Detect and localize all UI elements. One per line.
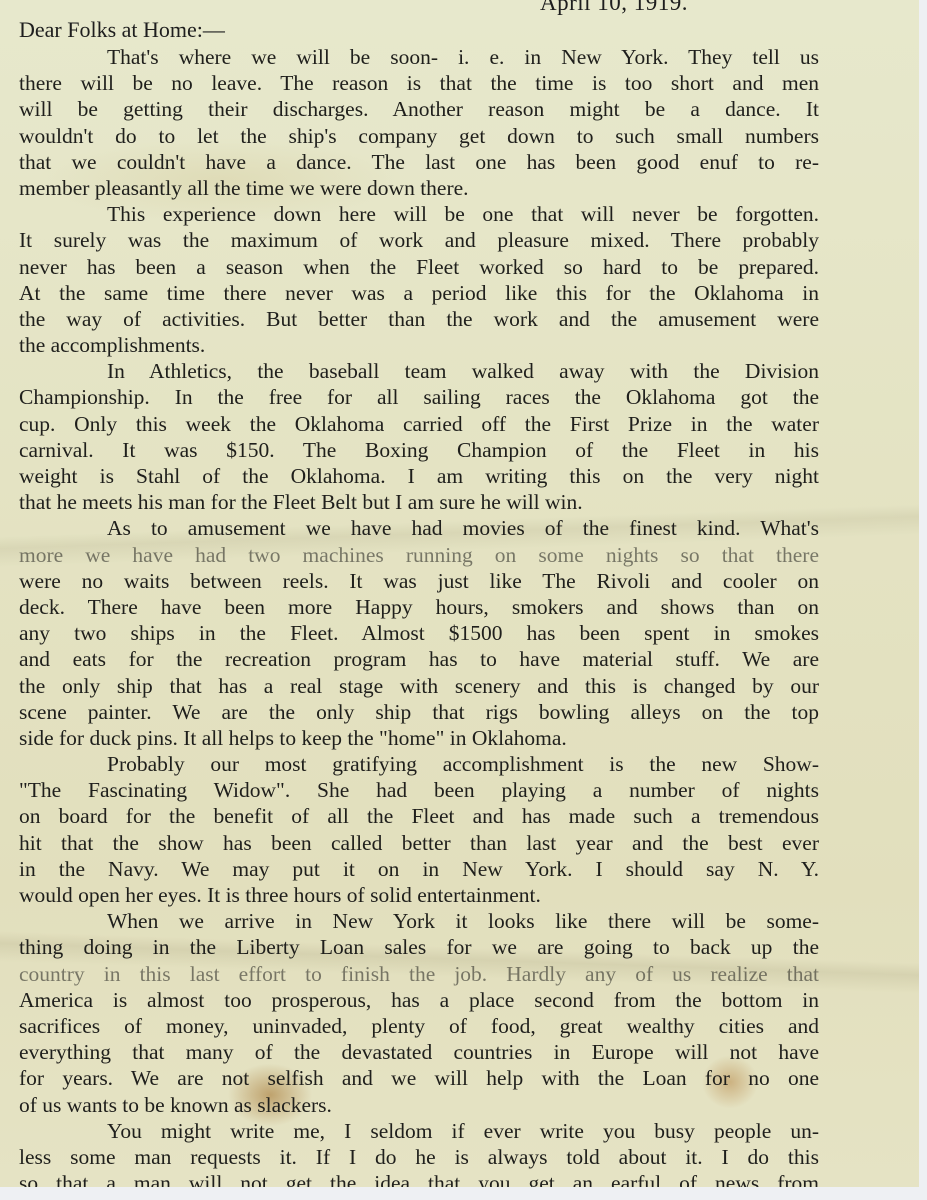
- text-line: there will be no leave. The reason is th…: [19, 70, 819, 96]
- text-line: cup. Only this week the Oklahoma carried…: [19, 411, 819, 437]
- text-line: never has been a season when the Fleet w…: [19, 254, 819, 280]
- letter-page: April 10, 1919. Dear Folks at Home:— Tha…: [0, 0, 919, 1187]
- text-line: would open her eyes. It is three hours o…: [19, 882, 819, 908]
- text-line: At the same time there never was a perio…: [19, 280, 819, 306]
- text-line: In Athletics, the baseball team walked a…: [19, 358, 819, 384]
- text-line: deck. There have been more Happy hours, …: [19, 594, 819, 620]
- text-line: the way of activities. But better than t…: [19, 306, 819, 332]
- text-line: side for duck pins. It all helps to keep…: [19, 725, 819, 751]
- text-line: in the Navy. We may put it on in New Yor…: [19, 856, 819, 882]
- paragraph: As to amusement we have had movies of th…: [19, 515, 819, 751]
- text-line: You might write me, I seldom if ever wri…: [19, 1118, 819, 1144]
- text-line: country in this last effort to finish th…: [19, 961, 819, 987]
- text-line: carnival. It was $150. The Boxing Champi…: [19, 437, 819, 463]
- text-line: will be getting their discharges. Anothe…: [19, 96, 819, 122]
- text-line: of us wants to be known as slackers.: [19, 1092, 819, 1118]
- text-line: the only ship that has a real stage with…: [19, 673, 819, 699]
- paragraph: In Athletics, the baseball team walked a…: [19, 358, 819, 515]
- text-line: were no waits between reels. It was just…: [19, 568, 819, 594]
- text-line: that we couldn't have a dance. The last …: [19, 149, 819, 175]
- text-line: everything that many of the devastated c…: [19, 1039, 819, 1065]
- paragraph: Probably our most gratifying accomplishm…: [19, 751, 819, 908]
- text-line: member pleasantly all the time we were d…: [19, 175, 819, 201]
- letter-body: That's where we will be soon- i. e. in N…: [19, 44, 819, 1187]
- text-line: weight is Stahl of the Oklahoma. I am wr…: [19, 463, 819, 489]
- text-line: on board for the benefit of all the Flee…: [19, 803, 819, 829]
- text-line: sacrifices of money, uninvaded, plenty o…: [19, 1013, 819, 1039]
- paragraph: When we arrive in New York it looks like…: [19, 908, 819, 1118]
- paragraph: You might write me, I seldom if ever wri…: [19, 1118, 819, 1187]
- text-line: As to amusement we have had movies of th…: [19, 515, 819, 541]
- text-line: scene painter. We are the only ship that…: [19, 699, 819, 725]
- text-line: that he meets his man for the Fleet Belt…: [19, 489, 819, 515]
- text-line: When we arrive in New York it looks like…: [19, 908, 819, 934]
- text-line: hit that the show has been called better…: [19, 830, 819, 856]
- text-line: It surely was the maximum of work and pl…: [19, 227, 819, 253]
- text-line: for years. We are not selfish and we wil…: [19, 1065, 819, 1091]
- text-line: wouldn't do to let the ship's company ge…: [19, 123, 819, 149]
- text-line: Probably our most gratifying accomplishm…: [19, 751, 819, 777]
- text-line: Championship. In the free for all sailin…: [19, 384, 819, 410]
- paragraph: This experience down here will be one th…: [19, 201, 819, 358]
- text-line: more we have had two machines running on…: [19, 542, 819, 568]
- text-line: any two ships in the Fleet. Almost $1500…: [19, 620, 819, 646]
- paragraph: That's where we will be soon- i. e. in N…: [19, 44, 819, 201]
- text-line: "The Fascinating Widow". She had been pl…: [19, 777, 819, 803]
- text-line: and eats for the recreation program has …: [19, 646, 819, 672]
- text-line: That's where we will be soon- i. e. in N…: [19, 44, 819, 70]
- salutation: Dear Folks at Home:—: [19, 17, 225, 43]
- letter-date: April 10, 1919.: [540, 0, 688, 16]
- text-line: This experience down here will be one th…: [19, 201, 819, 227]
- text-line: the accomplishments.: [19, 332, 819, 358]
- text-line: less some man requests it. If I do he is…: [19, 1144, 819, 1170]
- text-line: so that a man will not get the idea that…: [19, 1170, 819, 1187]
- text-line: America is almost too prosperous, has a …: [19, 987, 819, 1013]
- text-line: thing doing in the Liberty Loan sales fo…: [19, 934, 819, 960]
